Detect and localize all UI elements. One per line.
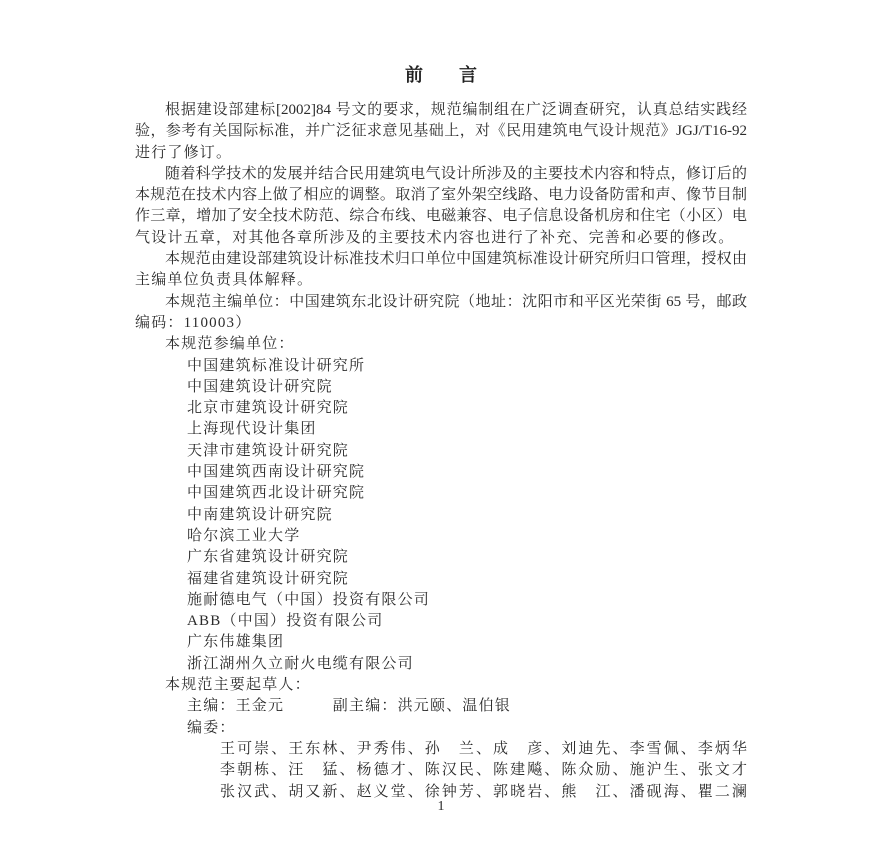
page-number: 1 bbox=[135, 799, 747, 815]
text-line: 中国建筑西北设计研究院 bbox=[135, 483, 747, 504]
text-line: 气设计五章，对其他各章所涉及的主要技术内容也进行了补充、完善和必要的修改。 bbox=[135, 228, 747, 249]
text-line: 中南建筑设计研究院 bbox=[135, 505, 747, 526]
text-line: ABB（中国）投资有限公司 bbox=[135, 611, 747, 632]
text-line: 天津市建筑设计研究院 bbox=[135, 441, 747, 462]
text-line: 哈尔滨工业大学 bbox=[135, 526, 747, 547]
document-title: 前 言 bbox=[135, 63, 747, 87]
text-line: 李朝栋、汪 猛、杨德才、陈汉民、陈建飚、陈众励、施沪生、张文才 bbox=[135, 760, 747, 781]
document-page: 前 言 根据建设部建标[2002]84 号文的要求，规范编制组在广泛调查研究，认… bbox=[0, 0, 870, 842]
document-body: 根据建设部建标[2002]84 号文的要求，规范编制组在广泛调查研究，认真总结实… bbox=[135, 100, 747, 803]
text-line: 作三章，增加了安全技术防范、综合布线、电磁兼容、电子信息设备机房和住宅（小区）电 bbox=[135, 206, 747, 227]
text-line: 根据建设部建标[2002]84 号文的要求，规范编制组在广泛调查研究，认真总结实… bbox=[135, 100, 747, 121]
text-line: 王可崇、王东林、尹秀伟、孙 兰、成 彦、刘迪先、李雪佩、李炳华 bbox=[135, 739, 747, 760]
text-line: 编码：110003） bbox=[135, 313, 747, 334]
document-content: 前 言 根据建设部建标[2002]84 号文的要求，规范编制组在广泛调查研究，认… bbox=[135, 63, 747, 803]
text-line: 本规范由建设部建筑设计标准技术归口单位中国建筑标准设计研究所归口管理，授权由 bbox=[135, 249, 747, 270]
text-line: 编委： bbox=[135, 718, 747, 739]
text-line: 中国建筑标准设计研究所 bbox=[135, 356, 747, 377]
text-line: 验，参考有关国际标准，并广泛征求意见基础上，对《民用建筑电气设计规范》JGJ/T… bbox=[135, 121, 747, 142]
text-line: 广东省建筑设计研究院 bbox=[135, 547, 747, 568]
text-line: 主编：王金元 副主编：洪元颐、温伯银 bbox=[135, 696, 747, 717]
text-line: 施耐德电气（中国）投资有限公司 bbox=[135, 590, 747, 611]
text-line: 上海现代设计集团 bbox=[135, 419, 747, 440]
text-line: 进行了修订。 bbox=[135, 143, 747, 164]
text-line: 本规范参编单位： bbox=[135, 334, 747, 355]
text-line: 中国建筑西南设计研究院 bbox=[135, 462, 747, 483]
text-line: 本规范主编单位：中国建筑东北设计研究院（地址：沈阳市和平区光荣街 65 号，邮政 bbox=[135, 292, 747, 313]
text-line: 广东伟雄集团 bbox=[135, 632, 747, 653]
text-line: 主编单位负责具体解释。 bbox=[135, 270, 747, 291]
text-line: 福建省建筑设计研究院 bbox=[135, 569, 747, 590]
text-line: 浙江湖州久立耐火电缆有限公司 bbox=[135, 654, 747, 675]
text-line: 本规范主要起草人： bbox=[135, 675, 747, 696]
text-line: 本规范在技术内容上做了相应的调整。取消了室外架空线路、电力设备防雷和声、像节目制 bbox=[135, 185, 747, 206]
text-line: 随着科学技术的发展并结合民用建筑电气设计所涉及的主要技术内容和特点，修订后的 bbox=[135, 164, 747, 185]
text-line: 中国建筑设计研究院 bbox=[135, 377, 747, 398]
text-line: 北京市建筑设计研究院 bbox=[135, 398, 747, 419]
